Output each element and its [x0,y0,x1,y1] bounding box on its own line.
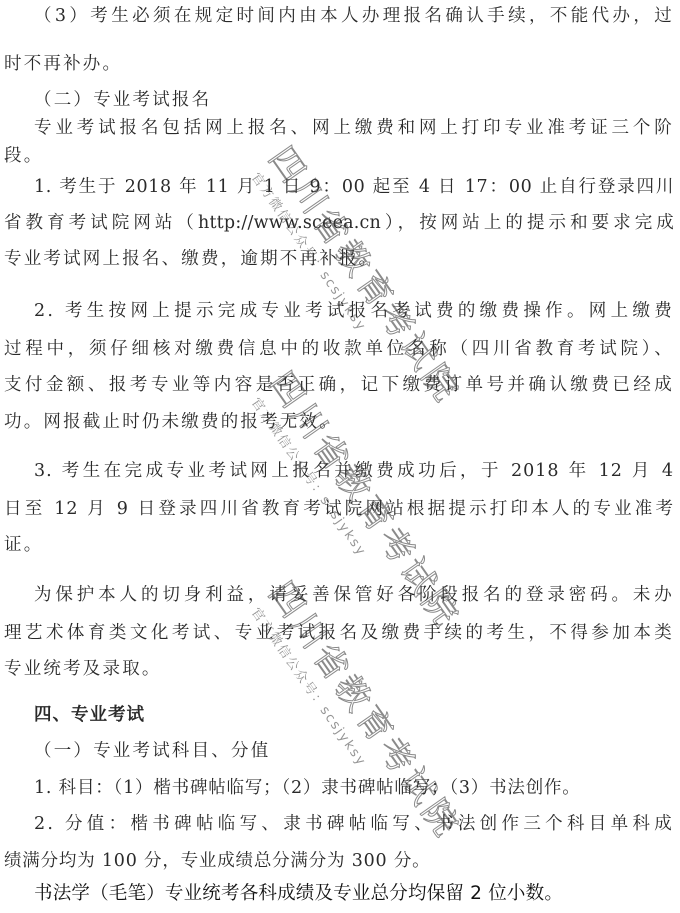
paragraph-line: 支付金额、报考专业等内容是否正确，记下缴费订单号并确认缴费已经成 [4,373,674,397]
paragraph-line: 专业考试网上报名、缴费，逾期不再补报。 [4,247,674,271]
paragraph-line: 时不再补办。 [4,52,674,76]
subsection-heading: （一）专业考试科目、分值 [34,739,674,763]
paragraph-line: 专业统考及录取。 [4,657,674,681]
paragraph-line: 专业考试报名包括网上报名、网上缴费和网上打印专业准考证三个阶 [34,116,674,140]
paragraph-line: 为保护本人的切身利益，请妥善保管好各阶段报名的登录密码。未办 [34,583,674,607]
paragraph-line: 段。 [4,144,674,168]
paragraph-line: 3. 考生在完成专业考试网上报名并缴费成功后，于 2018 年 12 月 4 [34,459,674,483]
paragraph-line: 2. 考生按网上提示完成专业考试报名考试费的缴费操作。网上缴费 [34,299,674,323]
paragraph-line: 理艺术体育类文化考试、专业考试报名及缴费手续的考生，不得参加本类 [4,621,674,645]
paragraph-line: 1. 科目：（1）楷书碑帖临写；（2）隶书碑帖临写；（3）书法创作。 [34,776,674,800]
paragraph-line: 绩满分均为 100 分，专业成绩总分满分为 300 分。 [4,849,674,873]
paragraph-line: （3）考生必须在规定时间内由本人办理报名确认手续，不能代办，过 [34,4,674,28]
score-precision-note: 书法学（毛笔）专业统考各科成绩及专业总分均保留 2 位小数。 [34,882,674,906]
paragraph-line: 日至 12 月 9 日登录四川省教育考试院网站根据提示打印本人的专业准考 [4,497,674,521]
paragraph-line: 过程中，须仔细核对缴费信息中的收款单位名称（四川省教育考试院）、 [4,337,674,361]
subsection-heading: （二）专业考试报名 [34,88,674,112]
section-heading: 四、专业考试 [34,703,674,727]
paragraph-line: 2. 分值：楷书碑帖临写、隶书碑帖临写、书法创作三个科目单科成 [34,812,674,836]
document-page: （3）考生必须在规定时间内由本人办理报名确认手续，不能代办，过 时不再补办。 （… [0,0,680,913]
paragraph-line: 证。 [4,533,674,557]
paragraph-line: 省教育考试院网站（http://www.sceea.cn），按网站上的提示和要求… [4,211,674,235]
paragraph-line: 功。网报截止时仍未缴费的报考无效。 [4,410,674,434]
paragraph-line: 1. 考生于 2018 年 11 月 1 日 9：00 起至 4 日 17：00… [34,175,674,199]
